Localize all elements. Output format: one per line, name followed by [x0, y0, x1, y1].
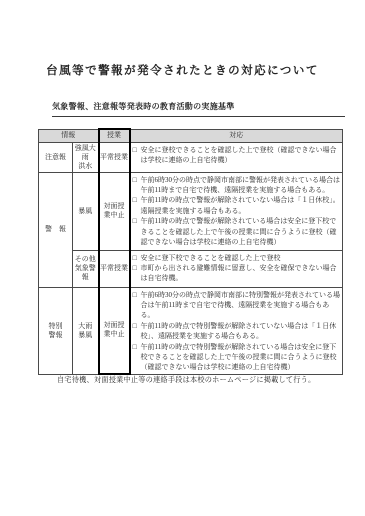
footer-note: 自宅待機、対面授業中止等の連絡手段は本校のホームページに掲載して行う。: [57, 375, 315, 385]
checkbox-icon: □: [133, 195, 141, 216]
section-subtitle-underline: 気象警報、注意報等発表時の教育活動の実施基準: [52, 96, 345, 117]
class-status-cell: 対面授 業中止: [99, 287, 130, 374]
response-text: 午前11時の時点で特別警報が解除されている場合は安全に登下校できることを確認した…: [141, 342, 341, 373]
info-type-cell: 大雨 暴風: [73, 287, 99, 374]
section-subtitle: 気象警報、注意報等発表時の教育活動の実施基準: [52, 102, 235, 111]
info-category-cell: 注意報: [39, 142, 73, 172]
table-row: 注意報 強風大雨 洪水 平常授業 □ 安全に登校できることを確認した上で登校（確…: [39, 142, 343, 172]
response-text: 午前11時の時点で警報が解除されていない場合は「１日休校」。遠隔授業を実施する場…: [141, 195, 341, 216]
info-type-cell: 暴風: [73, 172, 99, 250]
response-item: □ 午前11時の時点で特別警報が解除されている場合は安全に登下校できることを確認…: [133, 342, 341, 373]
table-header-row: 情報 授業 対応: [39, 129, 343, 142]
checkbox-icon: □: [133, 263, 141, 284]
checkbox-icon: □: [133, 175, 141, 196]
table-row: その他 気象警報 平常授業 □ 安全に登下校できることを確認した上で登校 □ 市…: [39, 250, 343, 287]
response-text: 安全に登校できることを確認した上で登校（確認できない場合は学校に連絡の上自宅待機…: [141, 145, 341, 166]
response-text: 午前11時の時点で警報が解除されている場合は安全に登下校できることを確認した上で…: [141, 216, 341, 247]
page-title: 台風等で警報が発令されたときの対応について: [0, 62, 365, 78]
checkbox-icon: □: [133, 321, 141, 342]
checkbox-icon: □: [133, 253, 141, 263]
header-response: 対応: [130, 129, 343, 142]
response-item: □ 午前6時30分の時点で静岡市南部に警報が発表されている場合は午前11時まで自…: [133, 175, 341, 196]
checkbox-icon: □: [133, 145, 141, 166]
document-page: { "page": { "title": "台風等で警報が発令されたときの対応に…: [0, 0, 365, 516]
response-text: 午前6時30分の時点で静岡市南部に警報が発表されている場合は午前11時まで自宅で…: [141, 175, 341, 196]
response-item: □ 午前11時の時点で特別警報が解除されていない場合は「１日休校」、遠隔授業を実…: [133, 321, 341, 342]
response-text: 午前6時30分の時点で静岡市南部に特別警報が発表されている場合は午前11時まで自…: [141, 290, 341, 321]
response-cell: □ 安全に登校できることを確認した上で登校（確認できない場合は学校に連絡の上自宅…: [130, 142, 343, 172]
response-cell: □ 安全に登下校できることを確認した上で登校 □ 市町から出される避難情報に留意…: [130, 250, 343, 287]
response-item: □ 午前11時の時点で警報が解除されていない場合は「１日休校」。遠隔授業を実施す…: [133, 195, 341, 216]
table-row: 特別 警報 大雨 暴風 対面授 業中止 □ 午前6時30分の時点で静岡市南部に特…: [39, 287, 343, 374]
class-status-cell: 平常授業: [99, 250, 130, 287]
response-item: □ 安全に登下校できることを確認した上で登校: [133, 253, 341, 263]
checkbox-icon: □: [133, 342, 141, 373]
header-info: 情報: [39, 129, 99, 142]
info-category-cell: 警 報: [39, 172, 73, 287]
info-type-cell: その他 気象警報: [73, 250, 99, 287]
response-text: 市町から出される避難情報に留意し、安全を確保できない場合は自宅待機。: [141, 263, 341, 284]
response-text: 午前11時の時点で特別警報が解除されていない場合は「１日休校」、遠隔授業を実施す…: [141, 321, 341, 342]
table-row: 警 報 暴風 対面授 業中止 □ 午前6時30分の時点で静岡市南部に警報が発表さ…: [39, 172, 343, 250]
response-item: □ 市町から出される避難情報に留意し、安全を確保できない場合は自宅待機。: [133, 263, 341, 284]
class-status-cell: 平常授業: [99, 142, 130, 172]
header-class: 授業: [99, 129, 130, 142]
response-cell: □ 午前6時30分の時点で静岡市南部に特別警報が発表されている場合は午前11時ま…: [130, 287, 343, 374]
criteria-table: 情報 授業 対応 注意報 強風大雨 洪水 平常授業 □ 安全に登校できることを確…: [38, 128, 343, 375]
info-category-cell: 特別 警報: [39, 287, 73, 374]
class-status-cell: 対面授 業中止: [99, 172, 130, 250]
checkbox-icon: □: [133, 216, 141, 247]
response-text: 安全に登下校できることを確認した上で登校: [141, 253, 341, 263]
response-item: □ 午前6時30分の時点で静岡市南部に特別警報が発表されている場合は午前11時ま…: [133, 290, 341, 321]
checkbox-icon: □: [133, 290, 141, 321]
response-item: □ 安全に登校できることを確認した上で登校（確認できない場合は学校に連絡の上自宅…: [133, 145, 341, 166]
response-cell: □ 午前6時30分の時点で静岡市南部に警報が発表されている場合は午前11時まで自…: [130, 172, 343, 250]
response-item: □ 午前11時の時点で警報が解除されている場合は安全に登下校できることを確認した…: [133, 216, 341, 247]
info-type-cell: 強風大雨 洪水: [73, 142, 99, 172]
